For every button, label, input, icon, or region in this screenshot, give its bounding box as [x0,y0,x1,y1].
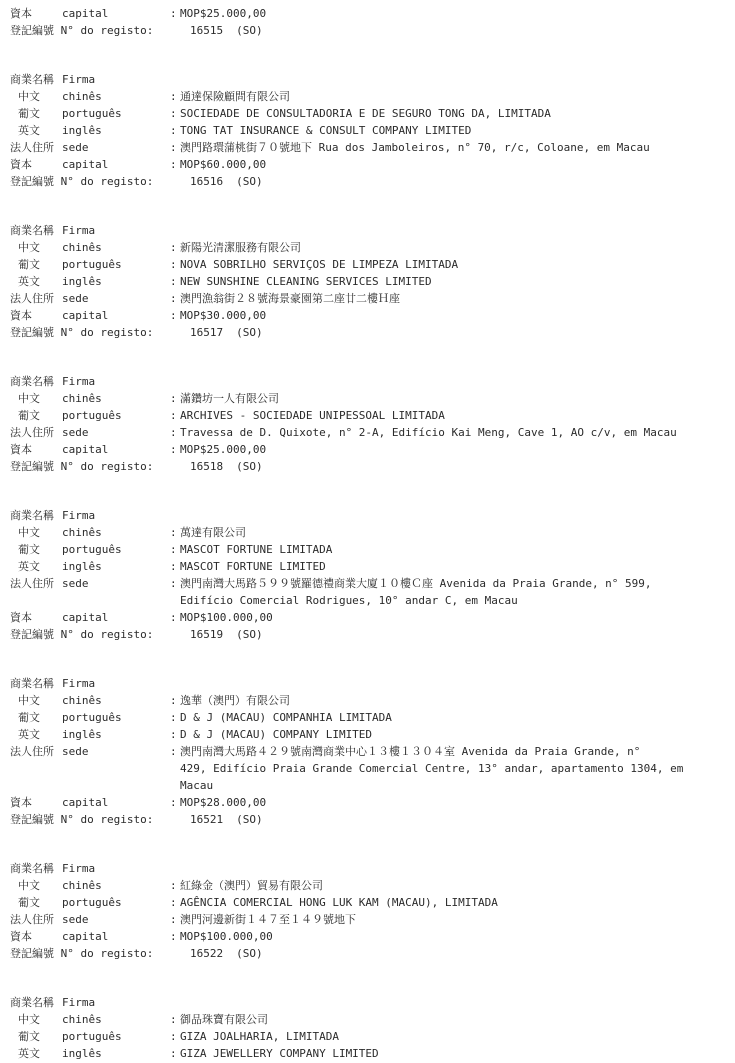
registo-label: 登記編號 N° do registo: [10,22,180,39]
colon: : [170,524,180,541]
sede-row-value: Travessa de D. Quixote, n° 2-A, Edifício… [180,424,729,441]
capital-row-label-zh: 資本 [10,609,62,626]
registo-row: 登記編號 N° do registo:16516(SO) [10,173,729,190]
sede-continuation-row-value: Macau [180,777,729,794]
registo-number: 16516 [190,175,223,188]
english-name-row-label-pt: inglês [62,1045,170,1062]
colon: : [170,105,180,122]
colon: : [170,88,180,105]
firma-row-label-pt: Firma [62,71,170,88]
colon: : [170,541,180,558]
colon: : [170,575,180,592]
chinese-name-row: 中文chinês:逸華（澳門）有限公司 [10,692,729,709]
portuguese-name-row: 葡文português:GIZA JOALHARIA, LIMITADA [10,1028,729,1045]
capital-row: 資本capital:MOP$100.000,00 [10,609,729,626]
sede-row: 法人住所sede:澳門路環蒲桃街７０號地下 Rua dos Jamboleiro… [10,139,729,156]
sede-row-value: 澳門漁翁街２８號海景豪園第二座廿二樓Ｈ座 [180,290,729,307]
registo-number: 16522 [190,947,223,960]
colon: : [170,911,180,928]
portuguese-name-row-value: D & J (MACAU) COMPANHIA LIMITADA [180,709,729,726]
registo-label-pt: N° do registo: [61,24,154,37]
registo-value: 16521(SO) [180,811,729,828]
registo-value: 16515(SO) [180,22,729,39]
portuguese-name-row: 葡文português:ARCHIVES - SOCIEDADE UNIPESS… [10,407,729,424]
english-name-row-label-pt: inglês [62,273,170,290]
sede-row-value: 澳門河邊新街１４７至１４９號地下 [180,911,729,928]
sede-row-value: 澳門路環蒲桃街７０號地下 Rua dos Jamboleiros, n° 70,… [180,139,729,156]
chinese-name-row-value: 滿鑽坊一人有限公司 [180,390,729,407]
capital-row: 資本capital:MOP$60.000,00 [10,156,729,173]
registo-row: 登記編號 N° do registo:16517(SO) [10,324,729,341]
capital-row-value: MOP$30.000,00 [180,307,729,324]
colon: : [170,609,180,626]
registo-label: 登記編號 N° do registo: [10,324,180,341]
colon: : [170,307,180,324]
sede-row: 法人住所sede:澳門漁翁街２８號海景豪園第二座廿二樓Ｈ座 [10,290,729,307]
firma-row-label-zh: 商業名稱 [10,373,62,390]
company-entry: 商業名稱Firma中文chinês:通達保險顧問有限公司葡文português:… [10,71,729,190]
colon: : [170,709,180,726]
portuguese-name-row-label-zh: 葡文 [10,1028,62,1045]
chinese-name-row-label-pt: chinês [62,524,170,541]
registo-number: 16517 [190,326,223,339]
registo-label-zh: 登記編號 [10,947,54,960]
colon: : [170,139,180,156]
portuguese-name-row-label-pt: português [62,1028,170,1045]
english-name-row-label-pt: inglês [62,122,170,139]
registo-row: 登記編號 N° do registo:16521(SO) [10,811,729,828]
portuguese-name-row-label-pt: português [62,256,170,273]
sede-row: 法人住所sede:澳門南灣大馬路５９９號羅德禮商業大廈１０樓Ｃ座 Avenida… [10,575,729,592]
colon: : [170,692,180,709]
colon: : [170,558,180,575]
chinese-name-row-value: 逸華（澳門）有限公司 [180,692,729,709]
portuguese-name-row-label-zh: 葡文 [10,105,62,122]
portuguese-name-row-label-pt: português [62,407,170,424]
chinese-name-row-value: 萬達有限公司 [180,524,729,541]
firma-row-label-pt: Firma [62,675,170,692]
chinese-name-row-label-pt: chinês [62,692,170,709]
registo-label-zh: 登記編號 [10,24,54,37]
capital-row-label-pt: capital [62,609,170,626]
portuguese-name-row-value: NOVA SOBRILHO SERVIÇOS DE LIMPEZA LIMITA… [180,256,729,273]
english-name-row: 英文inglês:D & J (MACAU) COMPANY LIMITED [10,726,729,743]
capital-row-label-pt: capital [62,441,170,458]
registo-label-zh: 登記編號 [10,628,54,641]
firma-row-label-zh: 商業名稱 [10,860,62,877]
firma-row: 商業名稱Firma [10,71,729,88]
english-name-row: 英文inglês:TONG TAT INSURANCE & CONSULT CO… [10,122,729,139]
registo-suffix: (SO) [236,175,263,188]
firma-row: 商業名稱Firma [10,860,729,877]
chinese-name-row-label-zh: 中文 [10,1011,62,1028]
colon: : [170,256,180,273]
registo-suffix: (SO) [236,24,263,37]
registo-number: 16519 [190,628,223,641]
colon: : [170,424,180,441]
registo-label-pt: N° do registo: [61,947,154,960]
chinese-name-row-label-pt: chinês [62,239,170,256]
firma-row: 商業名稱Firma [10,373,729,390]
chinese-name-row: 中文chinês:通達保險顧問有限公司 [10,88,729,105]
registo-number: 16518 [190,460,223,473]
capital-row: 資本capital:MOP$28.000,00 [10,794,729,811]
capital-row: 資本capital:MOP$25.000,00 [10,5,729,22]
portuguese-name-row-label-pt: português [62,541,170,558]
capital-row-value: MOP$100.000,00 [180,928,729,945]
company-entry: 商業名稱Firma中文chinês:滿鑽坊一人有限公司葡文português:A… [10,373,729,475]
firma-row-label-zh: 商業名稱 [10,994,62,1011]
colon: : [170,273,180,290]
registo-label: 登記編號 N° do registo: [10,626,180,643]
colon: : [170,390,180,407]
registo-label: 登記編號 N° do registo: [10,173,180,190]
portuguese-name-row-value: AGÊNCIA COMERCIAL HONG LUK KAM (MACAU), … [180,894,729,911]
colon: : [170,1045,180,1062]
chinese-name-row-value: 通達保險顧問有限公司 [180,88,729,105]
portuguese-name-row-label-pt: português [62,105,170,122]
registo-value: 16519(SO) [180,626,729,643]
registo-label: 登記編號 N° do registo: [10,811,180,828]
portuguese-name-row-value: GIZA JOALHARIA, LIMITADA [180,1028,729,1045]
colon: : [170,407,180,424]
portuguese-name-row: 葡文português:MASCOT FORTUNE LIMITADA [10,541,729,558]
firma-row-label-pt: Firma [62,994,170,1011]
registo-suffix: (SO) [236,628,263,641]
chinese-name-row-value: 紅綠金（澳門）貿易有限公司 [180,877,729,894]
english-name-row-value: MASCOT FORTUNE LIMITED [180,558,729,575]
english-name-row-label-zh: 英文 [10,1045,62,1062]
registo-value: 16516(SO) [180,173,729,190]
chinese-name-row: 中文chinês:新陽光清潔服務有限公司 [10,239,729,256]
registo-label-zh: 登記編號 [10,460,54,473]
colon: : [170,122,180,139]
colon: : [170,894,180,911]
registo-suffix: (SO) [236,460,263,473]
chinese-name-row-label-pt: chinês [62,88,170,105]
portuguese-name-row-label-zh: 葡文 [10,541,62,558]
chinese-name-row-value: 御品珠寶有限公司 [180,1011,729,1028]
sede-row-label-pt: sede [62,575,170,592]
sede-row: 法人住所sede:澳門南灣大馬路４２９號南灣商業中心１３樓１３０４室 Aveni… [10,743,729,760]
chinese-name-row: 中文chinês:滿鑽坊一人有限公司 [10,390,729,407]
chinese-name-row: 中文chinês:紅綠金（澳門）貿易有限公司 [10,877,729,894]
sede-continuation-row: Edifício Comercial Rodrigues, 10° andar … [10,592,729,609]
sede-row-label-pt: sede [62,139,170,156]
sede-continuation-row: 429, Edifício Praia Grande Comercial Cen… [10,760,729,777]
registo-label-zh: 登記編號 [10,813,54,826]
colon: : [170,5,180,22]
english-name-row: 英文inglês:MASCOT FORTUNE LIMITED [10,558,729,575]
firma-row-label-zh: 商業名稱 [10,222,62,239]
firma-row-label-zh: 商業名稱 [10,675,62,692]
chinese-name-row-label-zh: 中文 [10,877,62,894]
capital-row-value: MOP$60.000,00 [180,156,729,173]
registo-label-zh: 登記編號 [10,175,54,188]
colon: : [170,726,180,743]
firma-row: 商業名稱Firma [10,507,729,524]
english-name-row: 英文inglês:GIZA JEWELLERY COMPANY LIMITED [10,1045,729,1062]
colon: : [170,1011,180,1028]
registo-label-pt: N° do registo: [61,175,154,188]
chinese-name-row-label-zh: 中文 [10,692,62,709]
english-name-row-value: D & J (MACAU) COMPANY LIMITED [180,726,729,743]
english-name-row-label-zh: 英文 [10,122,62,139]
firma-row-label-zh: 商業名稱 [10,71,62,88]
capital-row-value: MOP$28.000,00 [180,794,729,811]
sede-row-label-zh: 法人住所 [10,575,62,592]
colon: : [170,1028,180,1045]
capital-row-label-zh: 資本 [10,441,62,458]
colon: : [170,928,180,945]
capital-row-label-pt: capital [62,794,170,811]
portuguese-name-row: 葡文português:SOCIEDADE DE CONSULTADORIA E… [10,105,729,122]
colon: : [170,794,180,811]
english-name-row-value: NEW SUNSHINE CLEANING SERVICES LIMITED [180,273,729,290]
company-entry: 商業名稱Firma中文chinês:萬達有限公司葡文português:MASC… [10,507,729,643]
registo-row: 登記編號 N° do registo:16518(SO) [10,458,729,475]
firma-row-label-pt: Firma [62,373,170,390]
sede-row: 法人住所sede:Travessa de D. Quixote, n° 2-A,… [10,424,729,441]
portuguese-name-row-label-zh: 葡文 [10,894,62,911]
capital-row-label-pt: capital [62,307,170,324]
portuguese-name-row: 葡文português:NOVA SOBRILHO SERVIÇOS DE LI… [10,256,729,273]
english-name-row-label-zh: 英文 [10,273,62,290]
firma-row-label-zh: 商業名稱 [10,507,62,524]
portuguese-name-row-value: SOCIEDADE DE CONSULTADORIA E DE SEGURO T… [180,105,729,122]
sede-row: 法人住所sede:澳門河邊新街１４７至１４９號地下 [10,911,729,928]
english-name-row-label-pt: inglês [62,558,170,575]
sede-row-value: 澳門南灣大馬路５９９號羅德禮商業大廈１０樓Ｃ座 Avenida da Praia… [180,575,729,592]
sede-row-label-pt: sede [62,290,170,307]
registo-label-pt: N° do registo: [61,326,154,339]
firma-row: 商業名稱Firma [10,675,729,692]
capital-row-label-zh: 資本 [10,928,62,945]
colon: : [170,743,180,760]
sede-row-value: 澳門南灣大馬路４２９號南灣商業中心１３樓１３０４室 Avenida da Pra… [180,743,729,760]
firma-row: 商業名稱Firma [10,222,729,239]
chinese-name-row-label-pt: chinês [62,390,170,407]
company-entry: 商業名稱Firma中文chinês:新陽光清潔服務有限公司葡文português… [10,222,729,341]
firma-row: 商業名稱Firma [10,994,729,1011]
chinese-name-row-label-pt: chinês [62,1011,170,1028]
sede-row-label-zh: 法人住所 [10,424,62,441]
registo-label-zh: 登記編號 [10,326,54,339]
company-entry: 商業名稱Firma中文chinês:紅綠金（澳門）貿易有限公司葡文portugu… [10,860,729,962]
registo-value: 16522(SO) [180,945,729,962]
registo-number: 16515 [190,24,223,37]
portuguese-name-row-label-pt: português [62,894,170,911]
company-entry: 商業名稱Firma中文chinês:逸華（澳門）有限公司葡文português:… [10,675,729,828]
capital-row-value: MOP$100.000,00 [180,609,729,626]
sede-continuation-row: Macau [10,777,729,794]
capital-row-label-zh: 資本 [10,5,62,22]
chinese-name-row-label-pt: chinês [62,877,170,894]
capital-row-label-pt: capital [62,156,170,173]
capital-row-label-zh: 資本 [10,794,62,811]
capital-row-label-pt: capital [62,5,170,22]
portuguese-name-row-label-zh: 葡文 [10,709,62,726]
registo-value: 16517(SO) [180,324,729,341]
chinese-name-row: 中文chinês:萬達有限公司 [10,524,729,541]
sede-row-label-zh: 法人住所 [10,290,62,307]
registo-label: 登記編號 N° do registo: [10,458,180,475]
english-name-row-label-zh: 英文 [10,558,62,575]
capital-row-value: MOP$25.000,00 [180,441,729,458]
colon: : [170,877,180,894]
registo-suffix: (SO) [236,326,263,339]
firma-row-label-pt: Firma [62,860,170,877]
english-name-row-label-pt: inglês [62,726,170,743]
portuguese-name-row: 葡文português:D & J (MACAU) COMPANHIA LIMI… [10,709,729,726]
registo-row: 登記編號 N° do registo:16515(SO) [10,22,729,39]
registo-label-pt: N° do registo: [61,460,154,473]
registo-label: 登記編號 N° do registo: [10,945,180,962]
portuguese-name-row-value: MASCOT FORTUNE LIMITADA [180,541,729,558]
registo-label-pt: N° do registo: [61,628,154,641]
company-entry: 資本capital:MOP$25.000,00登記編號 N° do regist… [10,5,729,39]
chinese-name-row-label-zh: 中文 [10,239,62,256]
capital-row-label-zh: 資本 [10,156,62,173]
registo-value: 16518(SO) [180,458,729,475]
registo-number: 16521 [190,813,223,826]
registo-suffix: (SO) [236,947,263,960]
chinese-name-row-label-zh: 中文 [10,524,62,541]
registo-label-pt: N° do registo: [61,813,154,826]
sede-continuation-row-value: 429, Edifício Praia Grande Comercial Cen… [180,760,729,777]
company-entry: 商業名稱Firma中文chinês:御品珠寶有限公司葡文português:GI… [10,994,729,1062]
portuguese-name-row-label-zh: 葡文 [10,256,62,273]
english-name-row-value: GIZA JEWELLERY COMPANY LIMITED [180,1045,729,1062]
capital-row-label-zh: 資本 [10,307,62,324]
capital-row: 資本capital:MOP$30.000,00 [10,307,729,324]
sede-row-label-pt: sede [62,911,170,928]
colon: : [170,290,180,307]
company-registry-document: 資本capital:MOP$25.000,00登記編號 N° do regist… [0,0,735,1063]
chinese-name-row-label-zh: 中文 [10,88,62,105]
firma-row-label-pt: Firma [62,222,170,239]
chinese-name-row-label-zh: 中文 [10,390,62,407]
portuguese-name-row-value: ARCHIVES - SOCIEDADE UNIPESSOAL LIMITADA [180,407,729,424]
sede-row-label-zh: 法人住所 [10,139,62,156]
firma-row-label-pt: Firma [62,507,170,524]
colon: : [170,239,180,256]
portuguese-name-row-label-pt: português [62,709,170,726]
chinese-name-row-value: 新陽光清潔服務有限公司 [180,239,729,256]
registo-row: 登記編號 N° do registo:16519(SO) [10,626,729,643]
registo-suffix: (SO) [236,813,263,826]
english-name-row-value: TONG TAT INSURANCE & CONSULT COMPANY LIM… [180,122,729,139]
colon: : [170,441,180,458]
sede-row-label-zh: 法人住所 [10,743,62,760]
sede-row-label-pt: sede [62,424,170,441]
capital-row-value: MOP$25.000,00 [180,5,729,22]
sede-row-label-zh: 法人住所 [10,911,62,928]
sede-row-label-pt: sede [62,743,170,760]
capital-row-label-pt: capital [62,928,170,945]
portuguese-name-row: 葡文português:AGÊNCIA COMERCIAL HONG LUK K… [10,894,729,911]
chinese-name-row: 中文chinês:御品珠寶有限公司 [10,1011,729,1028]
capital-row: 資本capital:MOP$100.000,00 [10,928,729,945]
portuguese-name-row-label-zh: 葡文 [10,407,62,424]
capital-row: 資本capital:MOP$25.000,00 [10,441,729,458]
english-name-row: 英文inglês:NEW SUNSHINE CLEANING SERVICES … [10,273,729,290]
sede-continuation-row-value: Edifício Comercial Rodrigues, 10° andar … [180,592,729,609]
registo-row: 登記編號 N° do registo:16522(SO) [10,945,729,962]
english-name-row-label-zh: 英文 [10,726,62,743]
colon: : [170,156,180,173]
